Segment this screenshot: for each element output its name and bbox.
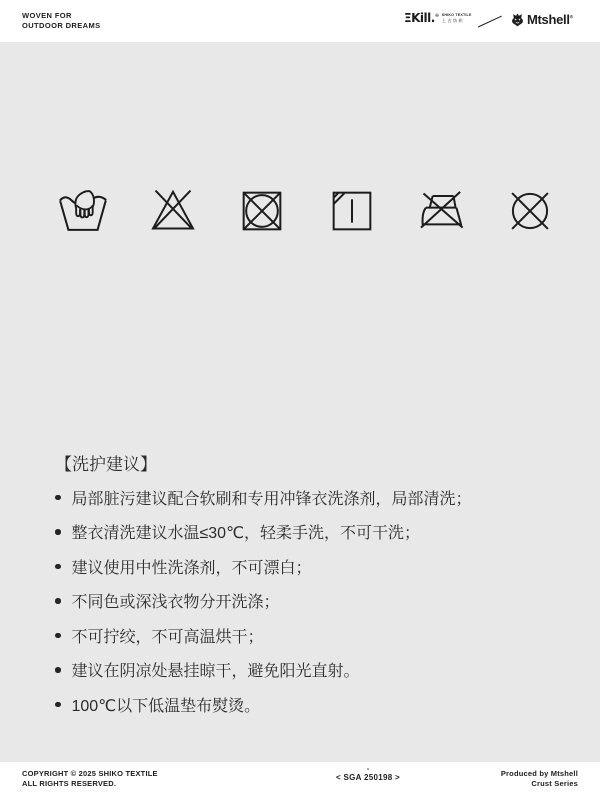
bullet-dot <box>55 598 61 604</box>
do-not-tumble-dry-icon <box>237 186 287 236</box>
bullet-dot <box>55 564 61 570</box>
care-guide-item-text: 整衣清洗建议水温≤30℃，轻柔手洗，不可干洗； <box>72 520 421 543</box>
bullet-dot <box>55 633 61 639</box>
care-symbols-row <box>57 186 555 236</box>
care-guide-list: 局部脏污建议配合软刷和专用冲锋衣洗涤剂，局部清洗； 整衣清洗建议水温≤30℃，轻… <box>55 480 472 722</box>
product-code: < SGA 250198 > <box>336 773 400 783</box>
copyright-block: COPYRIGHT © 2025 SHIKO TEXTILE ALL RIGHT… <box>22 769 158 788</box>
mtshell-crest-icon <box>511 13 524 27</box>
center-dash: - <box>336 766 400 773</box>
tagline-line-2: OUTDOOR DREAMS <box>22 21 101 31</box>
care-guide-item-text: 100℃以下低温垫布熨烫。 <box>72 693 261 716</box>
care-guide-item: 建议使用中性洗涤剂，不可漂白； <box>55 549 472 584</box>
mtshell-logo: Mtshell® <box>511 12 573 27</box>
brand-tagline: WOVEN FOR OUTDOOR DREAMS <box>22 11 101 30</box>
care-guide-item-text: 建议在阴凉处悬挂晾干，避免阳光直射。 <box>72 658 360 681</box>
mtshell-wordmark: Mtshell® <box>527 12 573 27</box>
care-guide-item: 不可拧绞，不可高温烘干； <box>55 618 472 653</box>
care-guide-item: 100℃以下低温垫布熨烫。 <box>55 687 472 722</box>
do-not-bleach-icon <box>148 186 198 236</box>
care-guide-item-text: 不可拧绞，不可高温烘干； <box>72 624 264 647</box>
mtshell-wordmark-text: Mtshell <box>527 12 570 27</box>
registered-mark-icon: ® <box>570 15 573 20</box>
logo-divider-slash <box>478 16 502 28</box>
shiko-textile-logo: ΞKill.® SHIKO TEXTILE 上古纺织 <box>404 11 472 25</box>
care-guide-item: 局部脏污建议配合软刷和专用冲锋衣洗涤剂，局部清洗； <box>55 480 472 515</box>
do-not-iron-icon <box>416 186 466 236</box>
copyright-line-2: ALL RIGHTS RESERVED. <box>22 779 158 789</box>
bullet-dot <box>55 702 61 708</box>
care-guide-item-text: 建议使用中性洗涤剂，不可漂白； <box>72 555 312 578</box>
care-guide-heading: 【洗护建议】 <box>55 450 157 475</box>
shiko-wordmark: ΞKill.® <box>404 11 439 25</box>
product-code-block: - < SGA 250198 > <box>336 766 400 783</box>
care-guide-item: 建议在阴凉处悬挂晾干，避免阳光直射。 <box>55 653 472 688</box>
produced-line-1: Produced by Mtshell <box>501 769 578 779</box>
care-label-page: WOVEN FOR OUTDOOR DREAMS ΞKill.® SHIKO T… <box>0 0 600 799</box>
bullet-dot <box>55 667 61 673</box>
shiko-name-en: SHIKO TEXTILE <box>442 13 472 18</box>
care-guide-item: 不同色或深浅衣物分开洗涤； <box>55 584 472 619</box>
tagline-line-1: WOVEN FOR <box>22 11 101 21</box>
copyright-line-1: COPYRIGHT © 2025 SHIKO TEXTILE <box>22 769 158 779</box>
bullet-dot <box>55 495 61 501</box>
hand-wash-icon <box>57 187 109 235</box>
shiko-subtext: SHIKO TEXTILE 上古纺织 <box>442 11 472 23</box>
produced-line-2: Crust Series <box>501 779 578 789</box>
content-panel: 【洗护建议】 局部脏污建议配合软刷和专用冲锋衣洗涤剂，局部清洗； 整衣清洗建议水… <box>0 42 600 762</box>
care-guide-item-text: 不同色或深浅衣物分开洗涤； <box>72 589 280 612</box>
produced-by-block: Produced by Mtshell Crust Series <box>501 769 578 788</box>
care-guide-item: 整衣清洗建议水温≤30℃，轻柔手洗，不可干洗； <box>55 515 472 550</box>
drip-dry-in-shade-icon <box>327 186 377 236</box>
shiko-wordmark-text: ΞKill. <box>404 11 435 25</box>
do-not-dry-clean-icon <box>505 186 555 236</box>
bullet-dot <box>55 529 61 535</box>
registered-mark-icon: ® <box>435 14 439 19</box>
footer: COPYRIGHT © 2025 SHIKO TEXTILE ALL RIGHT… <box>0 762 600 799</box>
header: WOVEN FOR OUTDOOR DREAMS ΞKill.® SHIKO T… <box>0 0 600 42</box>
shiko-name-cn: 上古纺织 <box>442 18 472 23</box>
care-guide-item-text: 局部脏污建议配合软刷和专用冲锋衣洗涤剂，局部清洗； <box>72 486 472 509</box>
